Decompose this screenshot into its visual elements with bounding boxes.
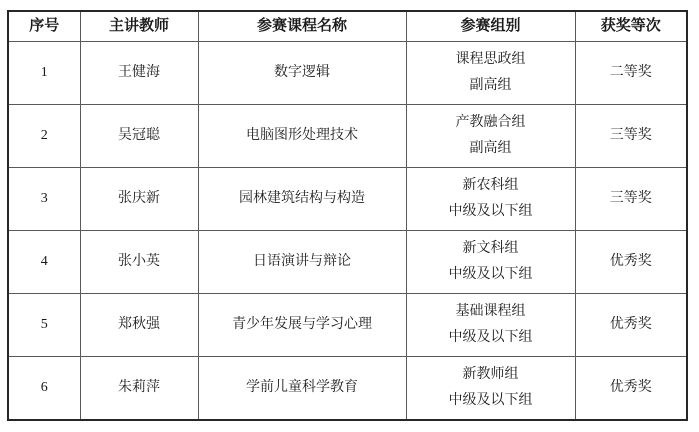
award-cell: 三等奖 — [575, 168, 687, 231]
group-line-1: 课程思政组 — [411, 47, 571, 73]
table-header-row: 序号 主讲教师 参赛课程名称 参赛组别 获奖等次 — [8, 11, 687, 42]
teacher-cell: 张小英 — [80, 231, 198, 294]
teacher-cell: 朱莉萍 — [80, 357, 198, 421]
award-cell: 三等奖 — [575, 105, 687, 168]
header-course: 参赛课程名称 — [198, 11, 406, 42]
group-line-2: 中级及以下组 — [411, 199, 571, 225]
table-row: 1 王健海 数字逻辑 课程思政组 副高组 二等奖 — [8, 42, 687, 105]
teacher-cell: 张庆新 — [80, 168, 198, 231]
row-index-cell: 2 — [8, 105, 80, 168]
course-cell: 日语演讲与辩论 — [198, 231, 406, 294]
group-line-2: 副高组 — [411, 136, 571, 162]
row-index-cell: 5 — [8, 294, 80, 357]
group-cell: 基础课程组 中级及以下组 — [406, 294, 575, 357]
table-row: 6 朱莉萍 学前儿童科学教育 新教师组 中级及以下组 优秀奖 — [8, 357, 687, 421]
group-line-2: 中级及以下组 — [411, 325, 571, 351]
course-cell: 电脑图形处理技术 — [198, 105, 406, 168]
course-cell: 青少年发展与学习心理 — [198, 294, 406, 357]
award-cell: 优秀奖 — [575, 294, 687, 357]
group-cell: 新教师组 中级及以下组 — [406, 357, 575, 421]
row-index-cell: 6 — [8, 357, 80, 421]
group-line-1: 新农科组 — [411, 173, 571, 199]
award-cell: 优秀奖 — [575, 231, 687, 294]
table-row: 5 郑秋强 青少年发展与学习心理 基础课程组 中级及以下组 优秀奖 — [8, 294, 687, 357]
row-index-cell: 1 — [8, 42, 80, 105]
header-index: 序号 — [8, 11, 80, 42]
row-index-cell: 3 — [8, 168, 80, 231]
row-index-cell: 4 — [8, 231, 80, 294]
group-line-1: 新文科组 — [411, 236, 571, 262]
group-line-1: 产教融合组 — [411, 110, 571, 136]
award-results-table: 序号 主讲教师 参赛课程名称 参赛组别 获奖等次 1 王健海 数字逻辑 课程思政… — [7, 10, 688, 421]
group-line-2: 副高组 — [411, 73, 571, 99]
page-background: 序号 主讲教师 参赛课程名称 参赛组别 获奖等次 1 王健海 数字逻辑 课程思政… — [0, 0, 699, 432]
group-cell: 新农科组 中级及以下组 — [406, 168, 575, 231]
table-row: 2 吴冠聪 电脑图形处理技术 产教融合组 副高组 三等奖 — [8, 105, 687, 168]
teacher-cell: 王健海 — [80, 42, 198, 105]
group-cell: 新文科组 中级及以下组 — [406, 231, 575, 294]
group-line-2: 中级及以下组 — [411, 388, 571, 414]
table-row: 3 张庆新 园林建筑结构与构造 新农科组 中级及以下组 三等奖 — [8, 168, 687, 231]
table-row: 4 张小英 日语演讲与辩论 新文科组 中级及以下组 优秀奖 — [8, 231, 687, 294]
group-line-1: 基础课程组 — [411, 299, 571, 325]
teacher-cell: 郑秋强 — [80, 294, 198, 357]
course-cell: 学前儿童科学教育 — [198, 357, 406, 421]
award-cell: 二等奖 — [575, 42, 687, 105]
course-cell: 数字逻辑 — [198, 42, 406, 105]
award-cell: 优秀奖 — [575, 357, 687, 421]
group-cell: 产教融合组 副高组 — [406, 105, 575, 168]
header-award: 获奖等次 — [575, 11, 687, 42]
header-teacher: 主讲教师 — [80, 11, 198, 42]
teacher-cell: 吴冠聪 — [80, 105, 198, 168]
group-line-2: 中级及以下组 — [411, 262, 571, 288]
group-line-1: 新教师组 — [411, 362, 571, 388]
course-cell: 园林建筑结构与构造 — [198, 168, 406, 231]
header-group: 参赛组别 — [406, 11, 575, 42]
group-cell: 课程思政组 副高组 — [406, 42, 575, 105]
